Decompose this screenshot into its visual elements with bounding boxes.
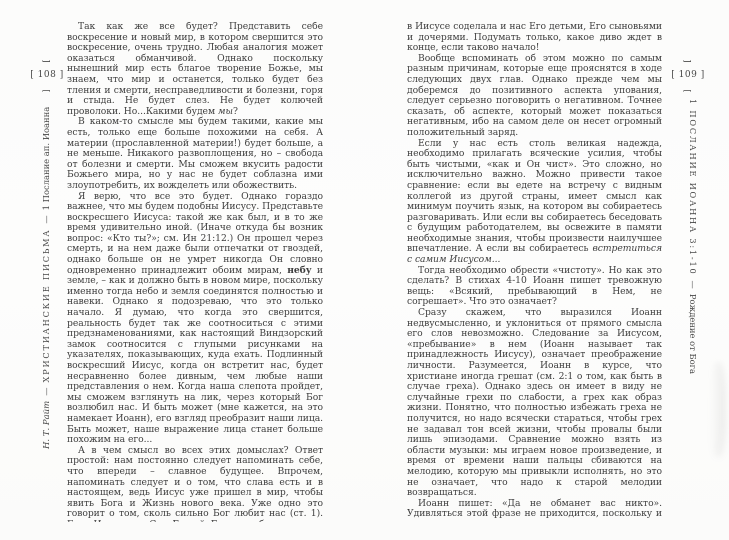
text-segment: Если у нас есть столь великая надежда, н… [407,138,662,255]
author-name: Н. Т. Райт [42,401,52,449]
dash-separator: — [41,215,51,223]
paragraph: Тогда необходимо обрести «чистоту». Но к… [407,266,662,308]
dash-separator: — [41,387,51,395]
paragraph: А в чем смысл во всех этих домыслах? Отв… [67,446,323,522]
series-title: ХРИСТИАНСКИЕ ПИСЬМА [41,229,51,383]
text-segment: мы [218,106,233,117]
left-page-number: [ 108 ] [25,70,69,80]
paragraph: Иоанн пишет: «Да не обманет вас никто». … [407,499,662,522]
left-margin-running-title: Н. Т. Райт—ХРИСТИАНСКИЕ ПИСЬМА—1 Послани… [41,107,52,449]
left-page-text: Так как же все будет? Представить себе в… [67,22,323,522]
paragraph: Я верю, что все это будет. Однако горазд… [67,192,323,446]
paragraph: В каком-то смысле мы будем такими, какие… [67,117,323,191]
right-page-text: в Иисусе соделала и нас Его детьми, Его … [407,22,662,522]
scan-smudge [710,362,726,457]
paragraph: Если у нас есть столь великая надежда, н… [407,139,662,266]
chapter-title: 1 Послание ап. Иоанна [41,107,51,211]
text-segment: в Иисусе соделала и нас Его детьми, Его … [407,22,662,53]
text-segment: ? [233,106,238,117]
text-segment: и земле, – как и должно быть в новом мир… [67,265,323,446]
text-segment: Сразу скажем, что выразился Иоанн недвус… [407,307,662,498]
header-subtitle: Рождение от Бога [688,294,698,374]
paragraph: в Иисусе соделала и нас Его детьми, Его … [407,22,662,54]
header-title: 1 ПОСЛАНИЕ ИОАННА 3:1-10 [688,99,698,276]
rotated-bracket-icon: ] [683,59,691,62]
paragraph: Сразу скажем, что выразился Иоанн недвус… [407,308,662,499]
rotated-bracket-icon: ] [42,59,50,62]
text-segment: В каком-то смысле мы будем такими, какие… [67,116,323,191]
rotated-bracket-icon: [ [683,89,691,92]
text-segment: Тогда необходимо обрести «чистоту». Но к… [407,265,662,308]
text-segment: Я верю, что все это будет. Однако горазд… [67,191,323,276]
dash-separator: — [688,281,698,289]
rotated-bracket-icon: [ [42,89,50,92]
text-segment: А в чем смысл во всех этих домыслах? Отв… [67,445,323,522]
paragraph: Вообще вспоминать об этом можно по самым… [407,54,662,139]
text-segment: Иоанн пишет: «Да не обманет вас никто». … [407,498,662,522]
text-segment: небу [287,265,311,276]
text-segment: Так как же все будет? Представить себе в… [67,22,323,117]
paragraph: Так как же все будет? Представить себе в… [67,22,323,117]
right-page-number: [ 109 ] [666,70,710,80]
right-margin-running-title: 1 ПОСЛАНИЕ ИОАННА 3:1-10—Рождение от Бог… [688,99,698,374]
book-spread: ] [ 108 ] [ Н. Т. Райт—ХРИСТИАНСКИЕ ПИСЬ… [0,0,729,540]
text-segment: Вообще вспоминать об этом можно по самым… [407,53,662,138]
